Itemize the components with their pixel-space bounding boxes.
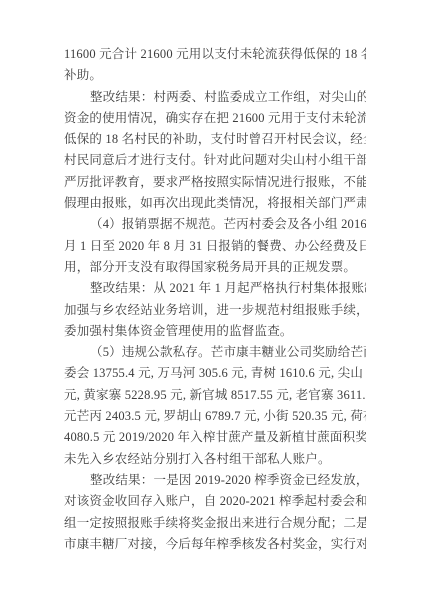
paragraph-continuation: 11600 元合计 21600 元用以支付未轮流获得低保的 18 名村民 补助。 — [64, 44, 366, 87]
text-line: 整改结果：村两委、村监委成立工作组，对尖山的两笔 — [64, 87, 366, 108]
paragraph-issue-4: （4）报销票据不规范。芒丙村委会及各小组 2016 年 1 月 1 日至 202… — [64, 214, 366, 278]
text-line: 11600 元合计 21600 元用以支付未轮流获得低保的 18 名村民 — [64, 44, 366, 65]
text-line: 市康丰糖厂对接，今后每年榨季核发各村奖金，实行对公账 — [64, 534, 366, 555]
text-line: 组一定按照报账手续将奖金报出来进行合规分配；二是与芒 — [64, 513, 366, 534]
document-page: 11600 元合计 21600 元用以支付未轮流获得低保的 18 名村民 补助。… — [0, 0, 424, 600]
text-line: 低保的 18 名村民的补助，支付时曾召开村民会议，经全体 — [64, 129, 366, 150]
text-line: 村民同意后才进行支付。针对此问题对尖山村小组干部进行 — [64, 150, 366, 171]
text-line: 资金的使用情况，确实存在把 21600 元用于支付未轮流获得 — [64, 108, 366, 129]
text-line: 补助。 — [64, 65, 366, 86]
text-line: （4）报销票据不规范。芒丙村委会及各小组 2016 年 1 — [64, 214, 366, 235]
text-line: 加强与乡农经站业务培训，进一步规范村组报账手续，村监 — [64, 300, 366, 321]
text-line: 对该资金收回存入账户，自 2020-2021 榨季起村委会和村小 — [64, 491, 366, 512]
text-line: 用，部分开支没有取得国家税务局开具的正规发票。 — [64, 257, 366, 278]
text-line: 元, 黄家寨 5228.95 元, 新官城 8517.55 元, 老官寨 361… — [64, 385, 366, 406]
text-line: 严厉批评教育，要求严格按照实际情况进行报账，不能以虚 — [64, 172, 366, 193]
text-line: 假理由报账，如再次出现此类情况，将报相关部门严肃查处。 — [64, 193, 366, 214]
document-body: 11600 元合计 21600 元用以支付未轮流获得低保的 18 名村民 补助。… — [64, 44, 366, 555]
paragraph-issue-5: （5）违规公款私存。芒市康丰糖业公司奖励给芒丙村 委会 13755.4 元, 万… — [64, 342, 366, 470]
paragraph-rectification-result-2: 整改结果：从 2021 年 1 月起严格执行村集体报账制度， 加强与乡农经站业务… — [64, 278, 366, 342]
paragraph-rectification-result-1: 整改结果：村两委、村监委成立工作组，对尖山的两笔 资金的使用情况，确实存在把 2… — [64, 87, 366, 215]
text-line: 月 1 日至 2020 年 8 月 31 日报销的餐费、办公经费及日常费 — [64, 236, 366, 257]
text-line: 整改结果：从 2021 年 1 月起严格执行村集体报账制度， — [64, 278, 366, 299]
text-line: 未先入乡农经站分别打入各村组干部私人账户。 — [64, 449, 366, 470]
paragraph-rectification-result-3: 整改结果：一是因 2019-2020 榨季资金已经发放，暂不 对该资金收回存入账… — [64, 470, 366, 555]
text-line: 元芒丙 2403.5 元, 罗胡山 6789.7 元, 小街 520.35 元,… — [64, 406, 366, 427]
text-line: 委加强村集体资金管理使用的监督监查。 — [64, 321, 366, 342]
text-line: （5）违规公款私存。芒市康丰糖业公司奖励给芒丙村 — [64, 342, 366, 363]
text-line: 4080.5 元 2019/2020 年入榨甘蔗产量及新植甘蔗面积奖励金 — [64, 427, 366, 448]
text-line: 整改结果：一是因 2019-2020 榨季资金已经发放，暂不 — [64, 470, 366, 491]
text-line: 委会 13755.4 元, 万马河 305.6 元, 青树 1610.6 元, … — [64, 363, 366, 384]
